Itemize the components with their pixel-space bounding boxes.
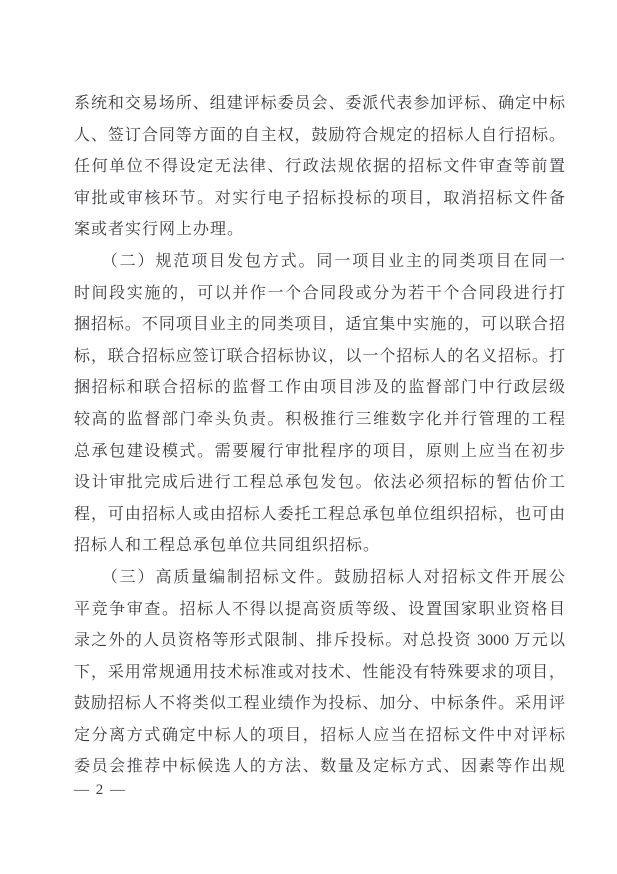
text-line: 捆招标。不同项目业主的同类项目，适宜集中实施的，可以联合招 [74,309,565,341]
text-line: 录之外的人员资格等形式限制、排斥投标。对总投资 3000 万元以 [74,625,565,657]
document-page: 系统和交易场所、组建评标委员会、委派代表参加评标、确定中标 人、签订合同等方面的… [0,0,617,874]
text-line: 案或者实行网上办理。 [74,214,565,246]
text-line: 总承包建设模式。需要履行审批程序的项目，原则上应当在初步 [74,436,565,468]
text-line: 平竞争审查。招标人不得以提高资质等级、设置国家职业资格目 [74,594,565,626]
text-line: （三）高质量编制招标文件。鼓励招标人对招标文件开展公 [74,562,565,594]
text-line: 下，采用常规通用技术标准或对技术、性能没有特殊要求的项目， [74,657,565,689]
text-line: 委员会推荐中标候选人的方法、数量及定标方式、因素等作出规 [74,751,565,783]
text-line: 程，可由招标人或由招标人委托工程总承包单位组织招标，也可由 [74,499,565,531]
text-line: 人、签订合同等方面的自主权，鼓励符合规定的招标人自行招标。 [74,120,565,152]
text-line: （二）规范项目发包方式。同一项目业主的同类项目在同一 [74,246,565,278]
text-line: 定分离方式确定中标人的项目，招标人应当在招标文件中对评标 [74,720,565,752]
text-line: 鼓励招标人不将类似工程业绩作为投标、加分、中标条件。采用评 [74,688,565,720]
text-line: 设计审批完成后进行工程总承包发包。依法必须招标的暂估价工 [74,467,565,499]
text-line: 标，联合招标应签订联合招标协议，以一个招标人的名义招标。打 [74,341,565,373]
text-line: 较高的监督部门牵头负责。积极推行三维数字化并行管理的工程 [74,404,565,436]
text-line: 招标人和工程总承包单位共同组织招标。 [74,530,565,562]
page-number: — 2 — [74,779,127,801]
text-line: 审批或审核环节。对实行电子招标投标的项目，取消招标文件备 [74,183,565,215]
text-line: 时间段实施的，可以并作一个合同段或分为若干个合同段进行打 [74,278,565,310]
text-line: 系统和交易场所、组建评标委员会、委派代表参加评标、确定中标 [74,88,565,120]
document-body-text: 系统和交易场所、组建评标委员会、委派代表参加评标、确定中标 人、签订合同等方面的… [74,88,565,783]
text-line: 任何单位不得设定无法律、行政法规依据的招标文件审查等前置 [74,151,565,183]
text-line: 捆招标和联合招标的监督工作由项目涉及的监督部门中行政层级 [74,372,565,404]
